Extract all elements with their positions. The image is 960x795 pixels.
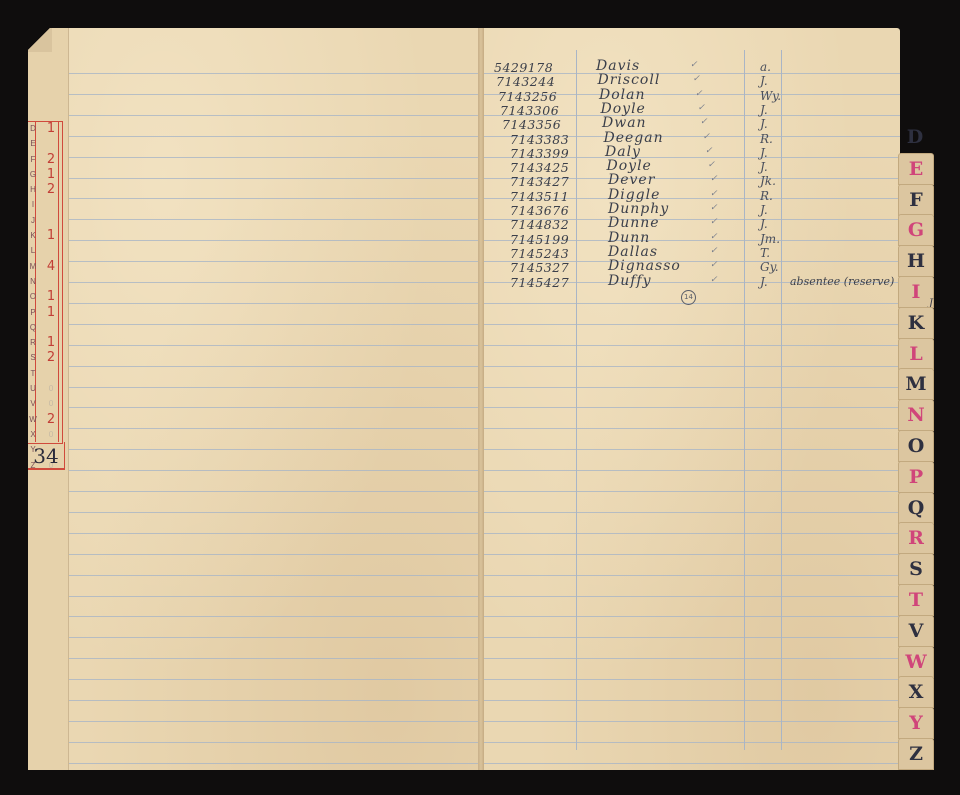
index-row: K1 [28,228,64,243]
tab-letter: S [909,558,923,580]
alphabet-index-tabs: DEFGHIJKLMNOPQRSTVWXYZ [898,122,934,770]
check-mark: ✓ [710,260,718,275]
ruled-line [68,616,480,617]
index-tab-m[interactable]: M [898,368,934,400]
index-tab-q[interactable]: Q [898,492,934,524]
initial: Wy. [760,89,781,104]
index-tab-p[interactable]: P [898,461,934,493]
surname: Duffy [608,273,652,288]
ruled-line [68,261,480,262]
ruled-line [482,428,900,429]
index-count: 0 [42,384,60,393]
ruled-line [68,763,480,764]
index-letter: P [29,308,37,317]
ruled-line [68,533,480,534]
index-letter: J [29,216,37,225]
ruled-line [482,596,900,597]
index-letter: M [29,262,37,271]
index-letter: G [29,170,37,179]
index-letter: V [29,399,37,408]
index-tab-e[interactable]: E [898,153,934,185]
service-number: 7143511 [510,189,569,204]
ruled-line [482,721,900,722]
index-count: 1 [42,289,60,304]
check-mark: ✓ [698,103,706,118]
ruled-line [68,94,480,95]
ruled-line [482,387,900,388]
surname: Dunne [608,215,660,230]
ruled-line [68,679,480,680]
index-row: D1 [28,121,64,136]
check-mark: ✓ [710,174,718,189]
service-number: 7144832 [510,217,569,232]
ruled-line [68,428,480,429]
index-letter: F [29,155,37,164]
surname: Dunn [608,230,650,245]
index-tab-g[interactable]: G [898,214,934,246]
initial: J. [760,117,768,132]
ruled-line [482,470,900,471]
index-count: 1 [42,167,60,182]
ruled-line [68,449,480,450]
column-line [576,50,577,750]
index-row: Q [28,320,64,335]
ruled-line [68,491,480,492]
index-tab-i[interactable]: IJ [898,276,934,308]
service-number: 7145199 [510,232,569,247]
page-marker: 14 [681,290,696,305]
service-number: 7143425 [510,160,569,175]
ruled-line [68,198,480,199]
index-row: E [28,136,64,151]
index-row: G1 [28,167,64,182]
index-letter: T [29,369,37,378]
index-row: J [28,213,64,228]
ruled-line [482,679,900,680]
ruled-line [68,512,480,513]
surname: Deegan [604,130,664,145]
index-row: T [28,366,64,381]
ruled-line [482,533,900,534]
tab-letter: P [909,466,923,488]
ruled-line [68,157,480,158]
check-mark: ✓ [705,146,713,161]
index-letter: I [29,200,37,209]
initial: Jm. [760,232,780,247]
index-count: 2 [42,152,60,167]
check-mark: ✓ [703,132,711,147]
index-letter: S [29,353,37,362]
ruled-line [68,366,480,367]
ruled-line [68,700,480,701]
index-row: U0 [28,381,64,396]
ruled-line [68,637,480,638]
service-number: 7143427 [510,174,569,189]
left-page [28,28,480,770]
column-line [744,50,745,750]
index-row: X0 [28,427,64,442]
index-tab-f[interactable]: F [898,184,934,216]
ruled-line [68,554,480,555]
ruled-line [68,219,480,220]
tab-letter: E [909,158,923,180]
surname: Davis [596,58,640,73]
index-tab-x[interactable]: X [898,676,934,708]
ruled-line [482,554,900,555]
check-mark: ✓ [710,246,718,261]
index-letter: H [29,185,37,194]
tab-letter: X [909,681,924,703]
ruled-line [482,658,900,659]
tab-letter: M [905,373,926,395]
tab-letter: I [912,281,921,303]
initial: R. [760,189,773,204]
tab-letter: N [907,404,924,426]
check-mark: ✓ [710,189,718,204]
tab-letter: F [909,189,923,211]
surname: Doyle [601,101,646,116]
ruled-line [482,324,900,325]
ruled-line [482,366,900,367]
surname: Dwan [602,115,647,130]
ruled-line [482,512,900,513]
index-tab-l[interactable]: L [898,338,934,370]
index-letter: W [29,415,37,424]
index-letter: K [29,231,37,240]
index-tab-h[interactable]: H [898,245,934,277]
tab-letter: Z [909,743,923,765]
ruled-line [482,616,900,617]
tab-letter: W [905,651,926,673]
index-tab-s[interactable]: S [898,553,934,585]
tab-letter: V [909,620,924,642]
folded-corner [28,28,52,52]
ruled-line [68,742,480,743]
check-mark: ✓ [695,89,703,104]
ruled-line [68,282,480,283]
service-number: 7145243 [510,246,569,261]
index-count: 4 [42,259,60,274]
initial: J. [760,160,768,175]
ruled-line [68,596,480,597]
check-mark: ✓ [710,232,718,247]
index-letter: D [29,124,37,133]
ruled-line [68,407,480,408]
ruled-line [68,115,480,116]
index-row: I [28,197,64,212]
initial: a. [760,60,771,75]
letter-count-index: D1EF2G1H2IJK1LM4NO1P1QR1S2TU0V0W2X0YZ0 [28,121,64,473]
surname: Dallas [608,244,658,259]
tab-letter: L [909,343,922,365]
index-row: M4 [28,259,64,274]
service-number: 7143676 [510,203,569,218]
index-tab-v[interactable]: V [898,615,934,647]
tab-letter: H [907,250,925,272]
index-row: S2 [28,350,64,365]
index-letter: Q [29,323,37,332]
service-number: 7143356 [502,117,561,132]
initial: J. [760,275,768,290]
service-number: 7143306 [500,103,559,118]
tab-letter: Y [909,712,923,734]
ruled-line [68,136,480,137]
index-row: R1 [28,335,64,350]
check-mark: ✓ [700,117,708,132]
ruled-line [68,470,480,471]
check-mark: ✓ [710,275,718,290]
initial: J. [760,217,768,232]
index-letter: U [29,384,37,393]
index-letter: L [29,246,37,255]
notebook-spine [478,28,484,770]
surname: Dignasso [608,258,681,273]
ruled-line [68,345,480,346]
index-tab-y[interactable]: Y [898,707,934,739]
index-count: 1 [42,228,60,243]
index-total: 34 [28,442,65,470]
index-row: P1 [28,305,64,320]
check-mark: ✓ [710,203,718,218]
service-number: 7143383 [510,132,569,147]
initial: T. [760,246,770,261]
index-count: 2 [42,182,60,197]
index-count: 1 [42,305,60,320]
index-tab-k[interactable]: K [898,307,934,339]
index-row: O1 [28,289,64,304]
service-number: 7143399 [510,146,569,161]
initial: J. [760,146,768,161]
tab-letter: R [908,527,924,549]
surname: Driscoll [598,72,661,87]
initial: R. [760,132,773,147]
index-row: V0 [28,396,64,411]
initial: J. [760,103,768,118]
index-count: 2 [42,350,60,365]
tab-letter: T [909,589,923,611]
ruled-line [482,449,900,450]
index-tab-o[interactable]: O [898,430,934,462]
index-row: F2 [28,152,64,167]
ruled-line [68,324,480,325]
index-tab-t[interactable]: T [898,584,934,616]
index-row: W2 [28,412,64,427]
tab-letter: G [908,219,924,241]
ruled-line [68,240,480,241]
index-tab-r[interactable]: R [898,522,934,554]
index-row: L [28,243,64,258]
check-mark: ✓ [693,74,701,89]
ruled-line [482,637,900,638]
index-letter: N [29,277,37,286]
tab-letter: D [907,126,923,148]
tab-letter: O [908,435,925,457]
index-letter: E [29,139,37,148]
index-count: 2 [42,412,60,427]
ruled-line [482,345,900,346]
service-number: 5429178 [494,60,553,75]
initial: Jk. [760,174,776,189]
ruled-line [68,303,480,304]
remark-note: absentee (reserve) [790,275,894,290]
index-tab-n[interactable]: N [898,399,934,431]
index-row: N [28,274,64,289]
ruled-line [68,73,480,74]
initial: Gy. [760,260,779,275]
tab-letter: K [908,312,925,334]
ruled-line [482,763,900,764]
ruled-line [482,575,900,576]
surname: Doyle [607,158,652,173]
ruled-line [482,491,900,492]
index-letter: O [29,292,37,301]
index-count: 1 [42,335,60,350]
index-count: 1 [42,121,60,136]
ruled-line [68,387,480,388]
index-tab-d[interactable]: D [898,122,932,152]
ruled-line [68,575,480,576]
ruled-line [482,700,900,701]
service-number: 7143256 [498,89,557,104]
surname: Dunphy [608,201,669,216]
service-number: 7145427 [510,275,569,290]
surname: Dever [608,172,655,187]
check-mark: ✓ [708,160,716,175]
surname: Diggle [608,187,660,202]
check-mark: ✓ [710,217,718,232]
ruled-line [68,721,480,722]
tab-letter: Q [908,497,925,519]
surname: Daly [605,144,641,159]
service-number: 7143244 [496,74,555,89]
service-number: 7145327 [510,260,569,275]
ruled-line [482,407,900,408]
index-tab-z[interactable]: Z [898,738,934,770]
column-line [781,50,782,750]
index-count: 0 [42,430,60,439]
index-count: 0 [42,399,60,408]
ruled-line [68,658,480,659]
ruled-line [68,178,480,179]
check-mark: ✓ [690,60,698,75]
index-tab-w[interactable]: W [898,646,934,678]
initial: J. [760,74,768,89]
surname: Dolan [599,87,646,102]
ruled-line [482,742,900,743]
index-letter: R [29,338,37,347]
index-letter: X [29,430,37,439]
index-row: H2 [28,182,64,197]
initial: J. [760,203,768,218]
